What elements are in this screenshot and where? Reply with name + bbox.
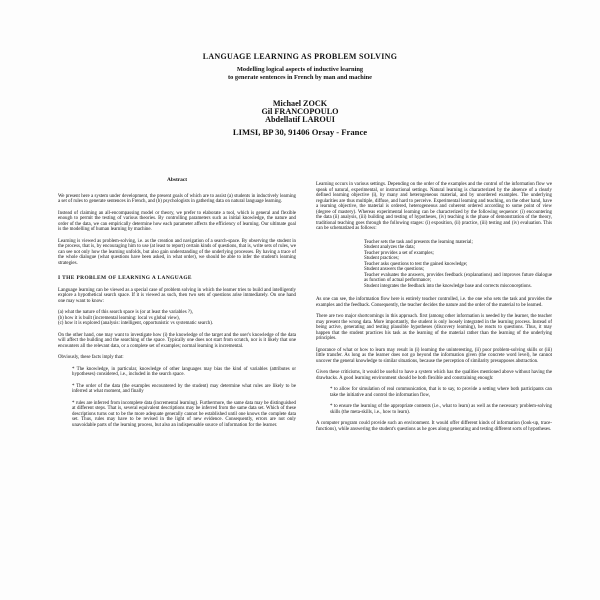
body-paragraph: There are two major shortcomings in this… xyxy=(316,314,552,342)
dialogue-line: Teacher evaluates the answers, provides … xyxy=(364,273,552,284)
body-paragraph: Language learning can be viewed as a spe… xyxy=(58,288,296,305)
section-heading: I THE PROBLEM OF LEARNING A LANGUAGE xyxy=(58,276,296,282)
body-paragraph: A computer program could provide such an… xyxy=(316,421,552,432)
body-paragraph: Obviously, these facts imply that: xyxy=(58,355,296,361)
abstract-paragraph: Learning is viewed as problem-solving, i… xyxy=(58,239,296,267)
bullet-item: * to ensure the learning of the appropri… xyxy=(316,404,552,415)
affiliation: LIMSI, BP 30, 91406 Orsay - France xyxy=(0,127,600,137)
subtitle-line: Modelling logical aspects of inductive l… xyxy=(0,66,600,74)
abstract-paragraph: We present here a system under developme… xyxy=(58,194,296,205)
dialogue-line: Student integrates the feedback into the… xyxy=(364,284,552,290)
teaching-dialogue: Teacher sets the task and presents the l… xyxy=(316,240,552,290)
abstract-paragraph: Instead of claiming an all-encompassing … xyxy=(58,211,296,233)
author: Abdellatif LAROUI xyxy=(0,116,600,124)
bullet-item: * to allow for simulation of real commun… xyxy=(316,387,552,398)
right-column: Learning occurs in various settings. Dep… xyxy=(316,182,552,438)
abstract-heading: Abstract xyxy=(58,178,296,184)
list-item: (c) how it is explored (analysis: intell… xyxy=(58,321,296,327)
question-list: (a) what the nature of this search space… xyxy=(58,310,296,327)
body-paragraph: As one can see, the information flow her… xyxy=(316,297,552,308)
body-paragraph: Ignorance of what or how to learn may re… xyxy=(316,348,552,365)
body-paragraph: Learning occurs in various settings. Dep… xyxy=(316,182,552,232)
body-paragraph: On the other hand, one may want to inves… xyxy=(58,333,296,350)
left-column: Abstract We present here a system under … xyxy=(58,178,296,434)
subtitle-line: to generate sentences in French by man a… xyxy=(0,74,600,82)
bullet-item: * rules are inferred from incomplete dat… xyxy=(58,401,296,429)
author-list: Michael ZOCK Gil FRANCOPOULO Abdellatif … xyxy=(0,100,600,124)
bullet-item: * The order of the data (the examples en… xyxy=(58,384,296,395)
paper-subtitle: Modelling logical aspects of inductive l… xyxy=(0,66,600,81)
body-paragraph: Given these criticisms, it would be usef… xyxy=(316,370,552,381)
paper-page: LANGUAGE LEARNING AS PROBLEM SOLVING Mod… xyxy=(0,0,600,600)
paper-title: LANGUAGE LEARNING AS PROBLEM SOLVING xyxy=(0,52,600,61)
bullet-item: * The knowledge, in particular, knowledg… xyxy=(58,367,296,378)
